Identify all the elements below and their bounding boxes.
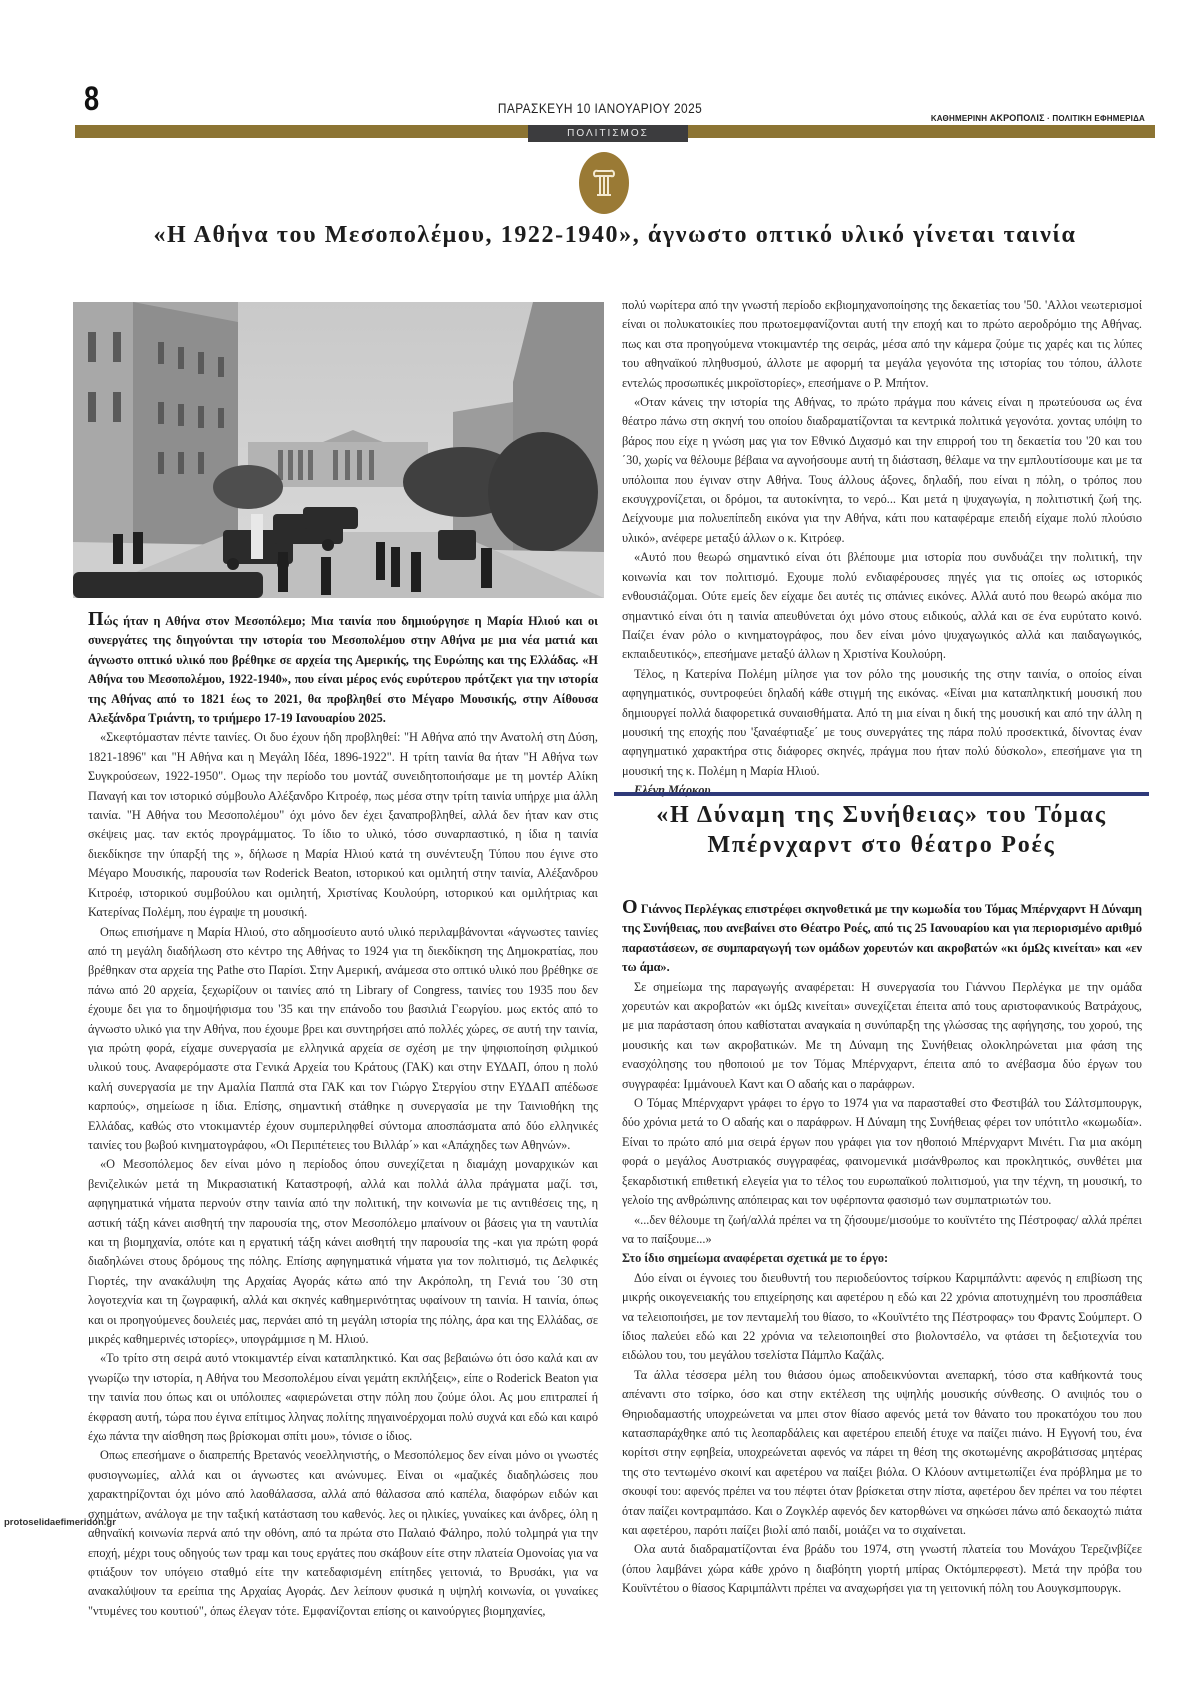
article1-headline: «Η Αθήνα του Μεσοπολέμου, 1922-1940», άγ… [75,222,1155,249]
article2-paragraph: Δύο είναι οι έγνοιες του διευθυντή του π… [622,1269,1142,1366]
article1-photo [73,302,604,598]
article1-paragraph: Οπως επεσήμανε ο διαπρεπής Βρετανός νεοε… [88,1446,598,1621]
article2-dropcap: Ο [622,896,638,918]
article2-paragraph: «...δεν θέλουμε τη ζωή/αλλά πρέπει να τη… [622,1211,1142,1250]
article1-paragraph: «Αυτό που θεωρώ σημαντικό είναι ότι βλέπ… [622,548,1142,664]
article2-paragraph: Τα άλλα τέσσερα μέλη του θιάσου όμως απο… [622,1366,1142,1541]
masthead-name: ΑΚΡΟΠΟΛΙΣ [990,113,1045,123]
article1-paragraph: Τέλος, η Κατερίνα Πολέμη μίλησε για τον … [622,665,1142,781]
masthead-small: ΚΑΘΗΜΕΡΙΝΗ [931,114,987,123]
article1-column-left: Πώς ήταν η Αθήνα στον Μεσοπόλεμο; Μια τα… [88,610,598,1621]
article1-paragraph: πολύ νωρίτερα από την γνωστή περίοδο εκβ… [622,296,1142,393]
ionic-column-icon [579,152,629,214]
article2-lead: Ο Γιάννος Περλέγκας επιστρέφει σκηνοθετι… [622,898,1142,978]
newspaper-masthead: ΚΑΘΗΜΕΡΙΝΗ ΑΚΡΟΠΟΛΙΣ · ΠΟΛΙΤΙΚΗ ΕΦΗΜΕΡΙΔ… [931,113,1145,123]
article-divider [614,792,1149,796]
article2-paragraph: Ολα αυτά διαδραματίζονται ένα βράδυ του … [622,1540,1142,1598]
article1-paragraph: «Σκεφτόμασταν πέντε ταινίες. Οι δυο έχου… [88,728,598,922]
article2-lead-text: Γιάννος Περλέγκας επιστρέφει σκηνοθετικά… [622,902,1142,974]
article1-column-right: πολύ νωρίτερα από την γνωστή περίοδο εκβ… [622,296,1142,801]
article2-body: Ο Γιάννος Περλέγκας επιστρέφει σκηνοθετι… [622,898,1142,1599]
article1-lead-text: ώς ήταν η Αθήνα στον Μεσοπόλεμο; Μια ται… [88,614,598,725]
article2-paragraph: Σε σημείωμα της παραγωγής αναφέρεται: Η … [622,978,1142,1094]
article1-byline: Ελένη Μάρκου [622,781,1142,800]
article2-subhead: Στο ίδιο σημείωμα αναφέρεται σχετικά με … [622,1249,1142,1268]
article1-dropcap: Π [88,608,104,630]
article1-paragraph: «Ο Μεσοπόλεμος δεν είναι μόνο η περίοδος… [88,1155,598,1349]
masthead-tail: · ΠΟΛΙΤΙΚΗ ΕΦΗΜΕΡΙΔΑ [1047,114,1145,123]
article2-headline: «Η Δύναμη της Συνήθειας» του Τόμας Μπέρν… [614,800,1149,860]
article1-lead: Πώς ήταν η Αθήνα στον Μεσοπόλεμο; Μια τα… [88,610,598,728]
article1-paragraph: «Το τρίτο στη σειρά αυτό ντοκιμαντέρ είν… [88,1349,598,1446]
source-watermark: protoselidaefimeridon.gr [4,1517,116,1528]
article1-paragraph: Οπως επισήμανε η Μαρία Ηλιού, στο αδημοσ… [88,923,598,1156]
article1-paragraph: «Οταν κάνεις την ιστορία της Αθήνας, το … [622,393,1142,548]
section-label: ΠΟΛΙΤΙΣΜΟΣ [528,125,688,142]
article2-paragraph: Ο Τόμας Μπέρνχαρντ γράφει το έργο το 197… [622,1094,1142,1210]
